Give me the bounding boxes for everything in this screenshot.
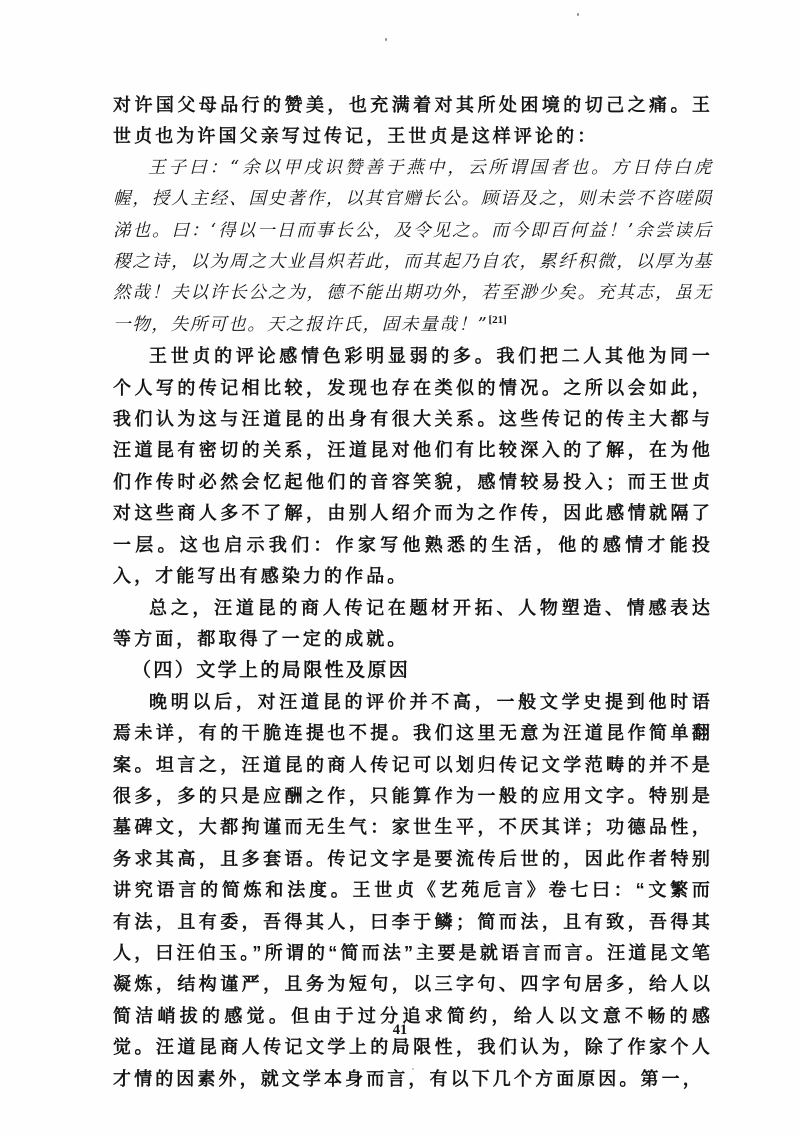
scan-speck [385, 38, 387, 41]
section-heading: （四）文学上的局限性及原因 [113, 655, 713, 686]
block-quote: 王子曰：“余以甲戌识赞善于燕中，云所谓国者也。方日侍白虎幄，授人主经、国史著作，… [113, 153, 713, 341]
text-column: 对许国父母品行的赞美，也充满着对其所处困境的切己之痛。王世贞也为许国父亲写过传记… [113, 90, 713, 1095]
scan-speck [577, 13, 579, 16]
scan-speck [412, 1068, 414, 1070]
paragraph-comment: 王世贞的评论感情色彩明显弱的多。我们把二人其他为同一个人写的传记相比较，发现也存… [113, 341, 713, 592]
footnote-ref-21: [21] [488, 314, 506, 326]
page-number: 41 [0, 1022, 800, 1039]
document-page: 对许国父母品行的赞美，也充满着对其所处困境的切己之痛。王世贞也为许国父亲写过传记… [0, 0, 800, 1134]
paragraph-summary: 总之，汪道昆的商人传记在题材开拓、人物塑造、情感表达等方面，都取得了一定的成就。 [113, 593, 713, 656]
paragraph-continuation: 对许国父母品行的赞美，也充满着对其所处困境的切己之痛。王世贞也为许国父亲写过传记… [113, 90, 713, 153]
quote-text: 王子曰：“余以甲戌识赞善于燕中，云所谓国者也。方日侍白虎幄，授人主经、国史著作，… [113, 158, 713, 335]
